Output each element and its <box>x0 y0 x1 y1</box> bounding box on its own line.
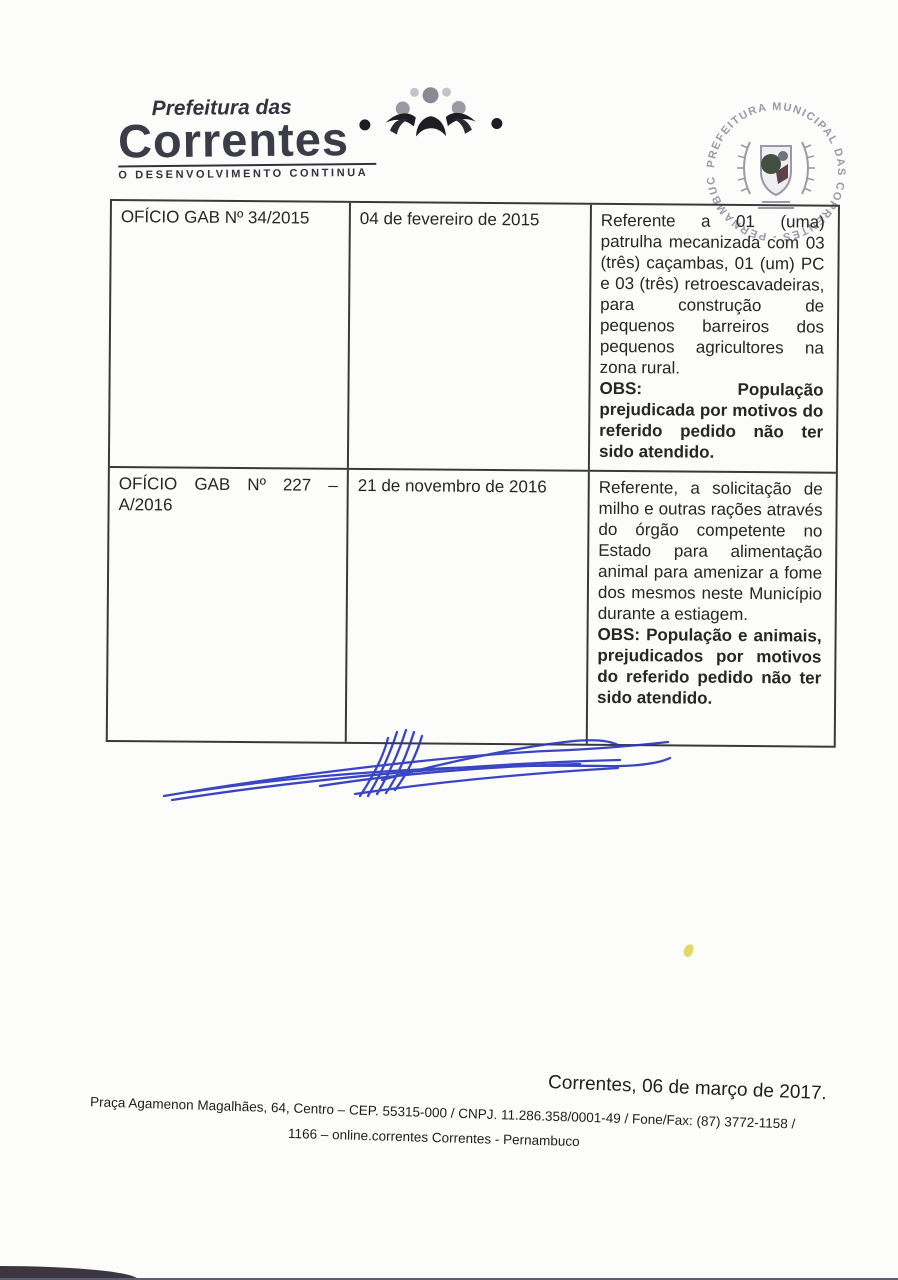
description-text: Referente, a solicitação de milho e outr… <box>598 477 823 626</box>
footer-address-line-2: 1166 – online.correntes Correntes - Pern… <box>288 1126 580 1149</box>
scanned-document-page: Prefeitura das Correntes O DESENVOLVIMEN… <box>0 0 898 1280</box>
handwritten-signature <box>150 720 680 810</box>
table-row: OFÍCIO GAB Nº 227 – A/2016 21 de novembr… <box>108 466 836 746</box>
obs-text: OBS: População e animais, prejudicados p… <box>597 624 822 710</box>
oficio-date-cell: 04 de fevereiro de 2015 <box>347 203 590 470</box>
obs-text: OBS: População prejudicada por motivos d… <box>599 378 824 464</box>
oficio-description-cell: Referente, a solicitação de milho e outr… <box>586 472 832 746</box>
oficio-date-cell: 21 de novembro de 2016 <box>345 470 588 744</box>
yellow-ink-mark <box>682 943 695 958</box>
oficios-table: OFÍCIO GAB Nº 34/2015 04 de fevereiro de… <box>106 199 840 748</box>
prefeitura-logo: Prefeitura das Correntes O DESENVOLVIMEN… <box>118 94 409 181</box>
table-row: OFÍCIO GAB Nº 34/2015 04 de fevereiro de… <box>110 201 838 472</box>
oficio-number-cell: OFÍCIO GAB Nº 34/2015 <box>110 201 349 468</box>
people-figures-icon <box>355 85 506 154</box>
description-text: Referente a 01 (uma) patrulha mecanizada… <box>600 210 825 380</box>
oficio-description-cell: Referente a 01 (uma) patrulha mecanizada… <box>588 205 834 472</box>
document-date: Correntes, 06 de março de 2017. <box>548 1072 849 1106</box>
oficio-number-cell: OFÍCIO GAB Nº 227 – A/2016 <box>108 468 347 742</box>
